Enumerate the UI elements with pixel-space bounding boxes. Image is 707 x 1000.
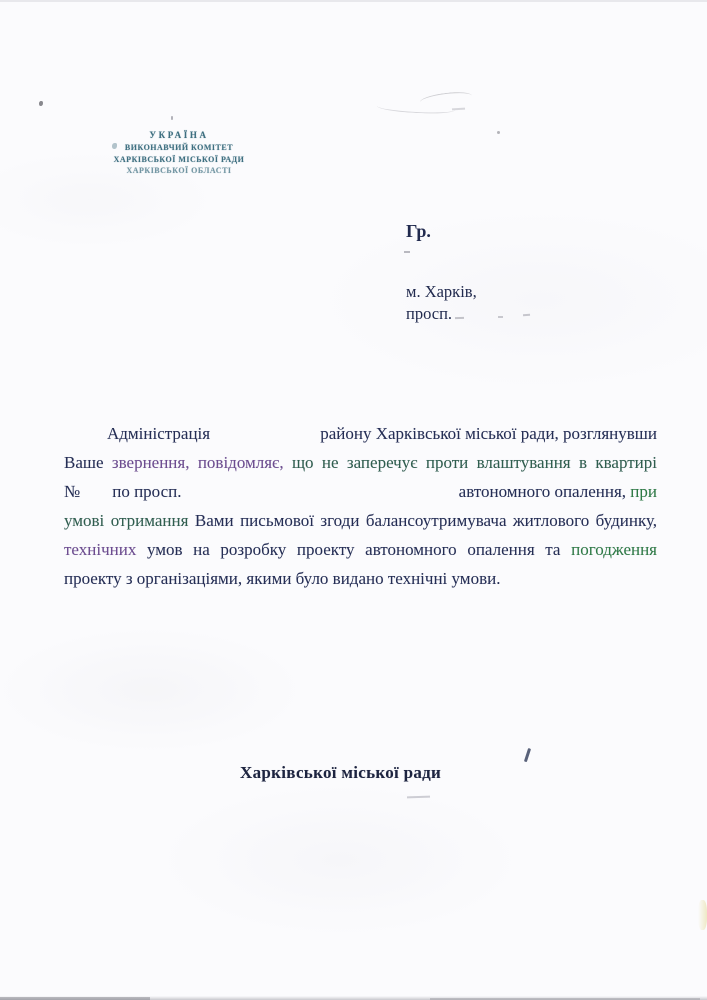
paragraph-line: технічних умов на розробку проекту автон… bbox=[64, 535, 657, 564]
letterhead: УКРАЇНА ВИКОНАВЧИЙ КОМІТЕТ ХАРКІВСЬКОЇ М… bbox=[99, 129, 259, 177]
addressee-city: м. Харків, bbox=[406, 282, 477, 302]
text-segment: звернення, повідомляє, bbox=[112, 453, 292, 472]
letterhead-region: ХАРКІВСЬКОЇ ОБЛАСТІ bbox=[99, 165, 259, 177]
body-paragraph: Адміністраціярайону Харківської міської … bbox=[64, 419, 657, 593]
signature-org-line: Харківської міської ради bbox=[240, 763, 441, 783]
pencil-smudge bbox=[419, 90, 472, 108]
text-segment: району Харківської міської ради, розглян… bbox=[320, 419, 657, 448]
text-segment: умов на розробку проекту автономного опа… bbox=[147, 540, 571, 559]
scan-speck bbox=[171, 116, 173, 120]
addressee-street: просп. bbox=[406, 304, 452, 324]
text-segment: що не заперечує проти влаштування в квар… bbox=[292, 453, 657, 472]
erased-address-mark bbox=[455, 317, 464, 319]
scan-edge-top bbox=[0, 0, 707, 2]
text-segment: умові отримання bbox=[64, 511, 195, 530]
text-segment: Адміністрація bbox=[107, 419, 210, 448]
paragraph-line: проекту з організаціями, якими було вида… bbox=[64, 564, 657, 593]
text-segment: при bbox=[630, 482, 657, 501]
paragraph-line: №по просп.автономного опалення, при bbox=[64, 477, 657, 506]
erased-blank bbox=[182, 496, 459, 497]
scan-edge-bottom bbox=[0, 996, 707, 1000]
text-segment: № bbox=[64, 477, 80, 506]
erased-blank bbox=[210, 438, 320, 439]
letterhead-country: УКРАЇНА bbox=[99, 129, 259, 142]
erased-blank bbox=[80, 496, 112, 497]
erased-address-mark bbox=[523, 314, 530, 316]
pencil-smudge bbox=[452, 108, 465, 110]
scanned-letter-page: УКРАЇНА ВИКОНАВЧИЙ КОМІТЕТ ХАРКІВСЬКОЇ М… bbox=[0, 0, 707, 1000]
text-segment: технічних bbox=[64, 540, 147, 559]
signature-stroke bbox=[524, 748, 531, 762]
text-segment-group: автономного опалення, при bbox=[459, 477, 657, 506]
letterhead-committee: ВИКОНАВЧИЙ КОМІТЕТ bbox=[99, 142, 259, 154]
text-segment: погодження bbox=[571, 540, 657, 559]
text-segment: Ваше bbox=[64, 453, 112, 472]
erased-name-mark bbox=[404, 251, 410, 253]
letterhead-council: ХАРКІВСЬКОЇ МІСЬКОЇ РАДИ bbox=[99, 154, 259, 166]
text-segment: автономного опалення, bbox=[459, 482, 631, 501]
addressee-salutation: Гр. bbox=[406, 221, 431, 242]
text-segment: по просп. bbox=[112, 477, 181, 506]
text-segment: проекту з організаціями, якими було вида… bbox=[64, 569, 500, 588]
pencil-smudge bbox=[377, 101, 455, 115]
scan-speck bbox=[39, 101, 43, 106]
erased-signature-mark bbox=[407, 796, 430, 799]
paragraph-line: Адміністраціярайону Харківської міської … bbox=[64, 419, 657, 448]
erased-address-mark bbox=[498, 316, 503, 318]
paragraph-line: умові отримання Вами письмової згоди бал… bbox=[64, 506, 657, 535]
ink-dot bbox=[497, 131, 500, 134]
paper-stain bbox=[698, 900, 707, 930]
paragraph-line: Ваше звернення, повідомляє, що не запере… bbox=[64, 448, 657, 477]
text-segment: Вами письмової згоди балансоутримувача ж… bbox=[195, 511, 657, 530]
